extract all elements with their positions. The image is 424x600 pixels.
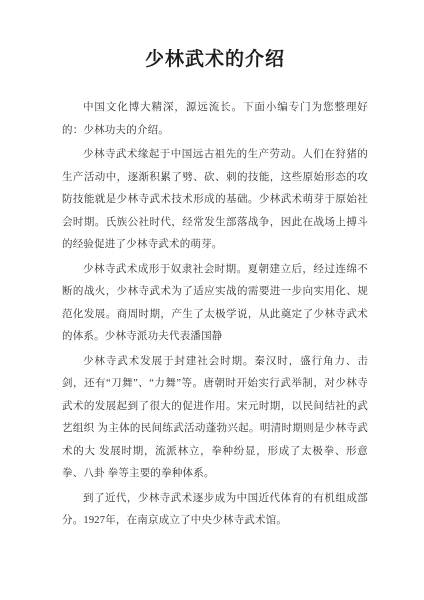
paragraph-origin: 少林寺武术缘起于中国远古祖先的生产劳动。人们在狩猪的生产活动中，逐渐积累了劈、砍… xyxy=(62,144,368,257)
paragraph-intro: 中国文化博大精深，源远流长。下面小编专门为您整理好的：少林功夫的介绍。 xyxy=(62,97,368,142)
document-title: 少林武术的介绍 xyxy=(62,45,368,75)
paragraph-modern-era: 到了近代，少林寺武术逐步成为中国近代体育的有机组成部分。1927年，在南京成立了… xyxy=(62,488,368,533)
document-body: 中国文化博大精深，源远流长。下面小编专门为您整理好的：少林功夫的介绍。 少林寺武… xyxy=(62,97,368,533)
paragraph-feudal-society: 少林寺武术发展于封建社会时期。秦汉时，盛行角力、击剑，还有“刀舞”、“力舞”等。… xyxy=(62,351,368,486)
document-page: 少林武术的介绍 中国文化博大精深，源远流长。下面小编专门为您整理好的：少林功夫的… xyxy=(0,0,424,600)
paragraph-slave-society: 少林寺武术成形于奴隶社会时期。夏朝建立后，经过连绵不断的战火，少林寺武术为了适应… xyxy=(62,259,368,349)
